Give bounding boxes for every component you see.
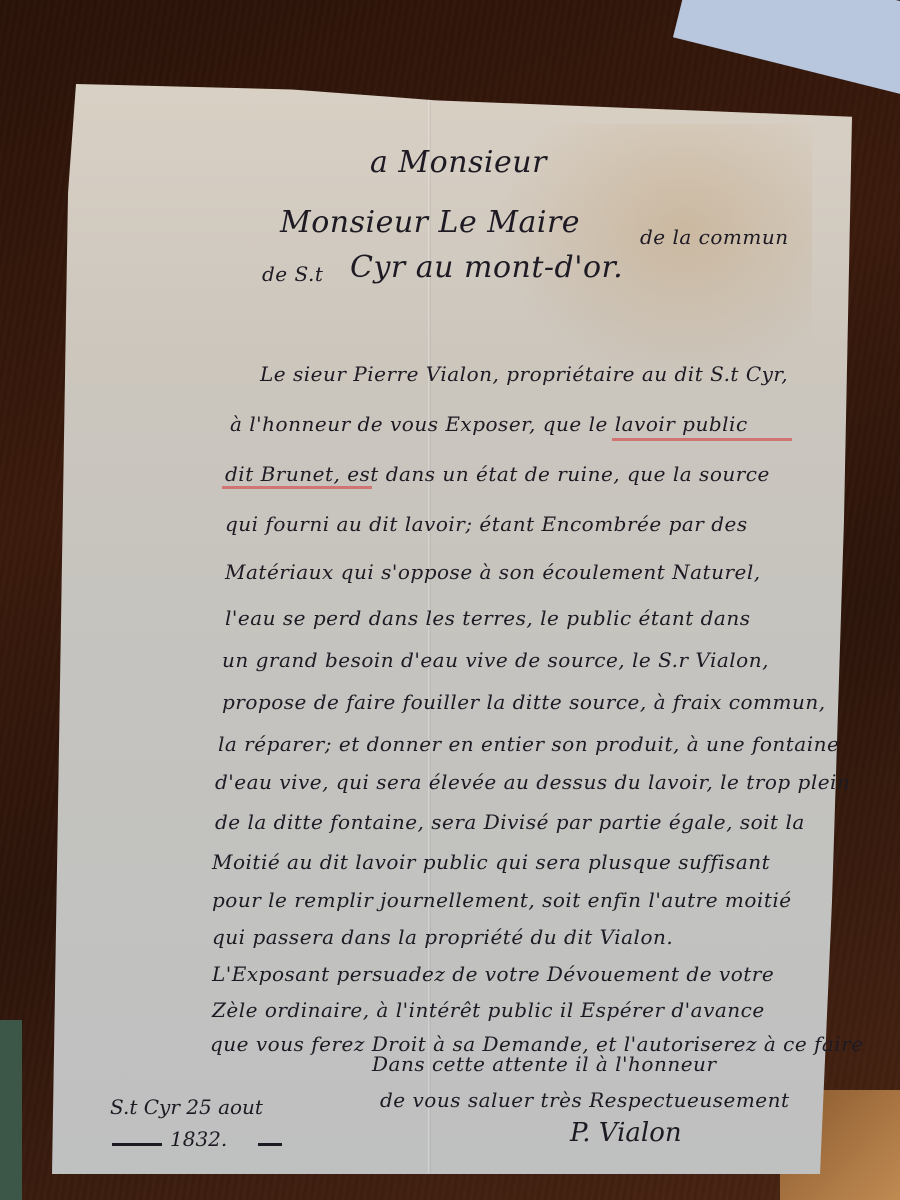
- body-line-5: Matériaux qui s'oppose à son écoulement …: [225, 560, 761, 584]
- body-line-12: Moitié au dit lavoir public qui sera plu…: [212, 850, 770, 874]
- date-year: 1832.: [170, 1127, 263, 1151]
- body-line-8: propose de faire fouiller la ditte sourc…: [222, 690, 826, 714]
- red-underline-dit-brunet: [222, 486, 372, 489]
- date-dash-left: [112, 1143, 162, 1146]
- address-recipient: Monsieur Le Maire: [280, 205, 580, 240]
- closing-line-2: de vous saluer très Respectueusement: [380, 1088, 790, 1112]
- address-line-1: a Monsieur: [370, 145, 547, 180]
- signature: P. Vialon: [570, 1118, 682, 1148]
- body-line-1: Le sieur Pierre Vialon, propriétaire au …: [260, 362, 788, 386]
- body-line-11: de la ditte fontaine, sera Divisé par pa…: [215, 810, 805, 834]
- body-line-13: pour le remplir journellement, soit enfi…: [212, 888, 792, 912]
- closing-line-1: Dans cette attente il à l'honneur: [372, 1052, 717, 1076]
- body-line-10: d'eau vive, qui sera élevée au dessus du…: [215, 770, 850, 794]
- body-line-6: l'eau se perd dans les terres, le public…: [225, 606, 750, 630]
- red-underline-lavoir-public: [612, 438, 792, 441]
- date-place: S.t Cyr 25 aout: [110, 1095, 263, 1119]
- date-dash-right: [258, 1143, 282, 1146]
- body-line-16: Zèle ordinaire, à l'intérêt public il Es…: [212, 998, 765, 1022]
- body-line-2: à l'honneur de vous Exposer, que le lavo…: [230, 412, 748, 436]
- green-object-edge: [0, 1020, 22, 1200]
- body-line-7: un grand besoin d'eau vive de source, le…: [222, 648, 769, 672]
- address-saint-prefix: de S.t: [262, 262, 323, 286]
- body-line-3: dit Brunet, est dans un état de ruine, q…: [225, 462, 770, 486]
- address-commune-suffix: de la commun: [640, 225, 789, 249]
- body-line-9: la réparer; et donner en entier son prod…: [218, 732, 839, 756]
- body-line-4: qui fourni au dit lavoir; étant Encombré…: [225, 512, 748, 536]
- body-line-14: qui passera dans la propriété du dit Via…: [212, 925, 673, 949]
- body-line-15: L'Exposant persuadez de votre Dévouement…: [212, 962, 774, 986]
- address-town: Cyr au mont-d'or.: [350, 250, 623, 285]
